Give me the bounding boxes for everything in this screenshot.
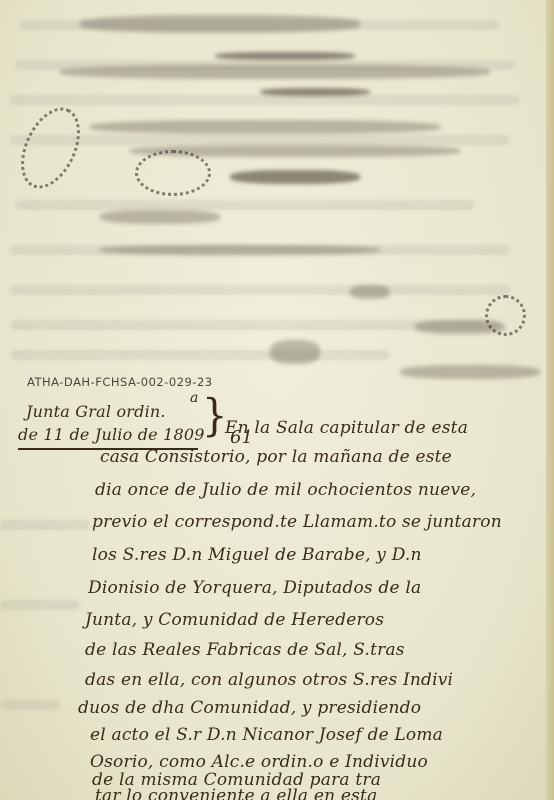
- bleed-through-line: [10, 350, 390, 360]
- body-line-6: Dionisio de Yorquera, Diputados de la: [88, 578, 421, 598]
- margin-note-line2: de 11 de Julio de 1809: [18, 425, 205, 444]
- bleed-through-line: [15, 200, 475, 210]
- body-line-2: casa Consistorio, por la mañana de este: [100, 447, 452, 467]
- body-line-8: de las Reales Fabricas de Sal, S.tras: [85, 640, 405, 660]
- body-line-9: das en ella, con algunos otros S.res Ind…: [85, 670, 453, 690]
- body-line-5: los S.res D.n Miguel de Barabe, y D.n: [92, 545, 422, 565]
- bleed-through-line: [0, 520, 90, 530]
- bracket-mark: }: [202, 391, 227, 442]
- body-line-11: el acto el S.r D.n Nicanor Josef de Loma: [90, 725, 443, 745]
- body-line-7: Junta, y Comunidad de Herederos: [85, 610, 384, 630]
- margin-note-superscript: a: [190, 390, 198, 406]
- body-line-10: duos de dha Comunidad, y presidiendo: [78, 698, 421, 718]
- body-line-4: previo el correspond.te Llamam.to se jun…: [92, 512, 502, 532]
- bleed-through-line: [10, 135, 510, 145]
- bleed-through-line: [10, 285, 510, 295]
- archive-reference-stamp: ATHA-DAH-FCHSA-002-029-23: [27, 375, 213, 389]
- body-line-12: Osorio, como Alc.e ordin.o e Individuo: [90, 752, 428, 772]
- bleed-through-line: [10, 95, 520, 105]
- body-line-3: dia once de Julio de mil ochocientos nue…: [95, 480, 476, 500]
- body-line-14: tar lo conveniente a ella en esta: [95, 786, 377, 800]
- body-line-1: En la Sala capitular de esta: [225, 418, 468, 438]
- page-edge: [546, 0, 554, 800]
- margin-note-line1: Junta Gral ordin.: [26, 402, 166, 421]
- manuscript-page: ATHA-DAH-FCHSA-002-029-23 Junta Gral ord…: [0, 0, 554, 800]
- bleed-through-line: [0, 600, 80, 610]
- bleed-through-line: [0, 700, 60, 710]
